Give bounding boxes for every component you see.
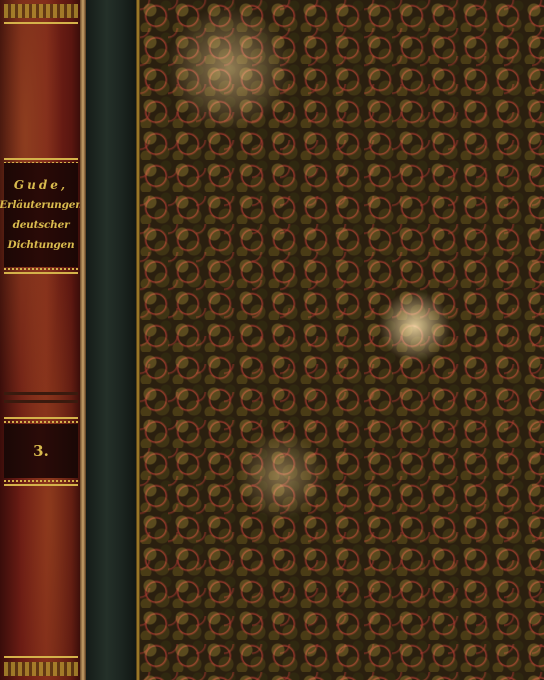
spine-title-line: Erläuterungen <box>0 195 83 215</box>
gilt-band <box>4 417 78 419</box>
green-cloth-strip <box>86 0 138 680</box>
bottom-gilt-ornament <box>4 662 78 676</box>
top-gilt-ornament <box>4 4 78 18</box>
gilt-band <box>4 484 78 486</box>
blind-band <box>4 400 78 403</box>
volume-number: 3. <box>33 442 49 460</box>
leather-spine <box>0 0 84 680</box>
spine-title-label: Gude, Erläuterungen deutscher Dichtungen <box>4 163 78 267</box>
gilt-band <box>4 272 78 274</box>
gilt-dotted-band <box>4 480 78 482</box>
marbled-cover <box>140 0 544 680</box>
spine-author: Gude, <box>14 175 68 195</box>
gilt-band <box>4 656 78 658</box>
gilt-band <box>4 158 78 160</box>
blind-band <box>4 392 78 395</box>
gilt-dotted-band <box>4 421 78 423</box>
book-photo: Gude, Erläuterungen deutscher Dichtungen… <box>0 0 544 680</box>
gilt-dotted-band <box>4 268 78 270</box>
gilt-band <box>4 22 78 24</box>
volume-label: 3. <box>4 424 78 478</box>
spine-title-line: Dichtungen <box>8 235 75 255</box>
spine-title-line: deutscher <box>13 215 70 235</box>
